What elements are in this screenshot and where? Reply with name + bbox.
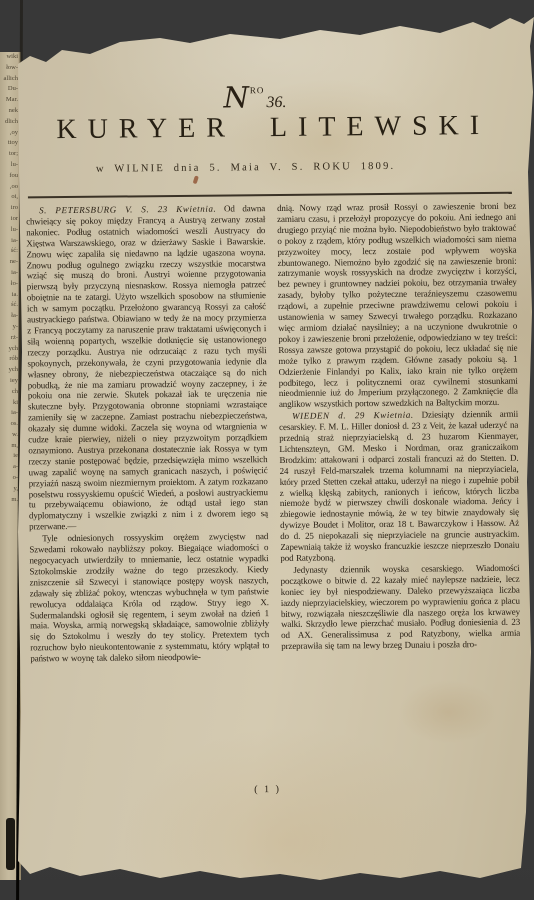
right-column: dnią. Nowy rząd wraz prosił Rossyi o zaw… bbox=[277, 201, 522, 793]
margin-fragment: wiki bbox=[0, 52, 21, 63]
margin-fragment: ść: bbox=[0, 246, 21, 257]
margin-fragment: nek bbox=[0, 106, 21, 117]
margin-fragment: Mar. bbox=[0, 95, 21, 106]
dateline-lead-wieden: WIEDEN d. 29 Kwietnia. bbox=[292, 410, 414, 421]
margin-fragment: fou bbox=[0, 171, 21, 182]
article-columns: S. PETERSBURG V. S. 23 Kwietnia. Od dawn… bbox=[26, 201, 522, 796]
fold-ink-blot bbox=[6, 818, 15, 870]
margin-fragment: łow- bbox=[0, 63, 21, 74]
ink-stain bbox=[193, 175, 199, 184]
paragraph-text: Dziesiąty dziennik armii cesarskiey. F. … bbox=[279, 409, 519, 563]
left-column: S. PETERSBURG V. S. 23 Kwietnia. Od dawn… bbox=[26, 203, 271, 795]
margin-fragment: ,oy bbox=[0, 128, 21, 139]
margin-fragment: lu- bbox=[0, 160, 21, 171]
paragraph-eleventh-journal: Jedynasty dziennik woyska cesarskiego. W… bbox=[280, 563, 520, 653]
newspaper-page: NRO36. KURYER LITEWSKI w WILNIE dnia 5. … bbox=[18, 12, 534, 886]
dateline: w WILNIE dnia 5. Maia V. S. ROKU 1809. bbox=[16, 160, 476, 175]
issue-number-value: 36. bbox=[266, 94, 286, 111]
margin-fragment: ior bbox=[0, 214, 21, 225]
dateline-lead-petersburg: S. PETERSBURG V. S. 23 Kwietnia. bbox=[39, 204, 216, 216]
margin-fragment: ia- bbox=[0, 236, 21, 247]
paragraph-text: Jedynasty dziennik woyska cesarskiego. W… bbox=[281, 563, 521, 652]
margin-fragment: lu- bbox=[0, 225, 21, 236]
page-content: NRO36. KURYER LITEWSKI w WILNIE dnia 5. … bbox=[14, 10, 534, 889]
paragraph-text: Tyle odniesionych rossyyskim orężem zwyc… bbox=[29, 531, 269, 663]
paragraph-continuation: dnią. Nowy rząd wraz prosił Rossyi o zaw… bbox=[277, 201, 518, 411]
masthead-divider-rule bbox=[28, 192, 512, 199]
paragraph-text: dnią. Nowy rząd wraz prosił Rossyi o zaw… bbox=[277, 201, 518, 410]
margin-fragment: allich bbox=[0, 74, 21, 85]
issue-number-ordinal: RO bbox=[250, 85, 265, 95]
margin-fragment: Du- bbox=[0, 84, 21, 95]
margin-fragment: oi, bbox=[0, 192, 21, 203]
newspaper-title: KURYER LITEWSKI bbox=[15, 110, 531, 147]
issue-number-initial: N bbox=[223, 80, 250, 114]
paragraph-petersburg: S. PETERSBURG V. S. 23 Kwietnia. Od dawn… bbox=[26, 203, 268, 532]
margin-fragment: iro bbox=[0, 203, 21, 214]
margin-fragment: dlich bbox=[0, 117, 21, 128]
scan-background: { "masthead": { "issue_n": "N", "issue_r… bbox=[0, 0, 534, 900]
paragraph-sweden: Tyle odniesionych rossyyskim orężem zwyc… bbox=[29, 531, 269, 664]
margin-fragment: ,oo bbox=[0, 182, 21, 193]
margin-fragment: tor; bbox=[0, 149, 21, 160]
paragraph-wieden: WIEDEN d. 29 Kwietnia. Dziesiąty dzienni… bbox=[279, 409, 519, 564]
paragraph-text: Od dawna chwieiący się pokoy między Fran… bbox=[26, 203, 268, 532]
margin-fragment: ttoy bbox=[0, 138, 21, 149]
